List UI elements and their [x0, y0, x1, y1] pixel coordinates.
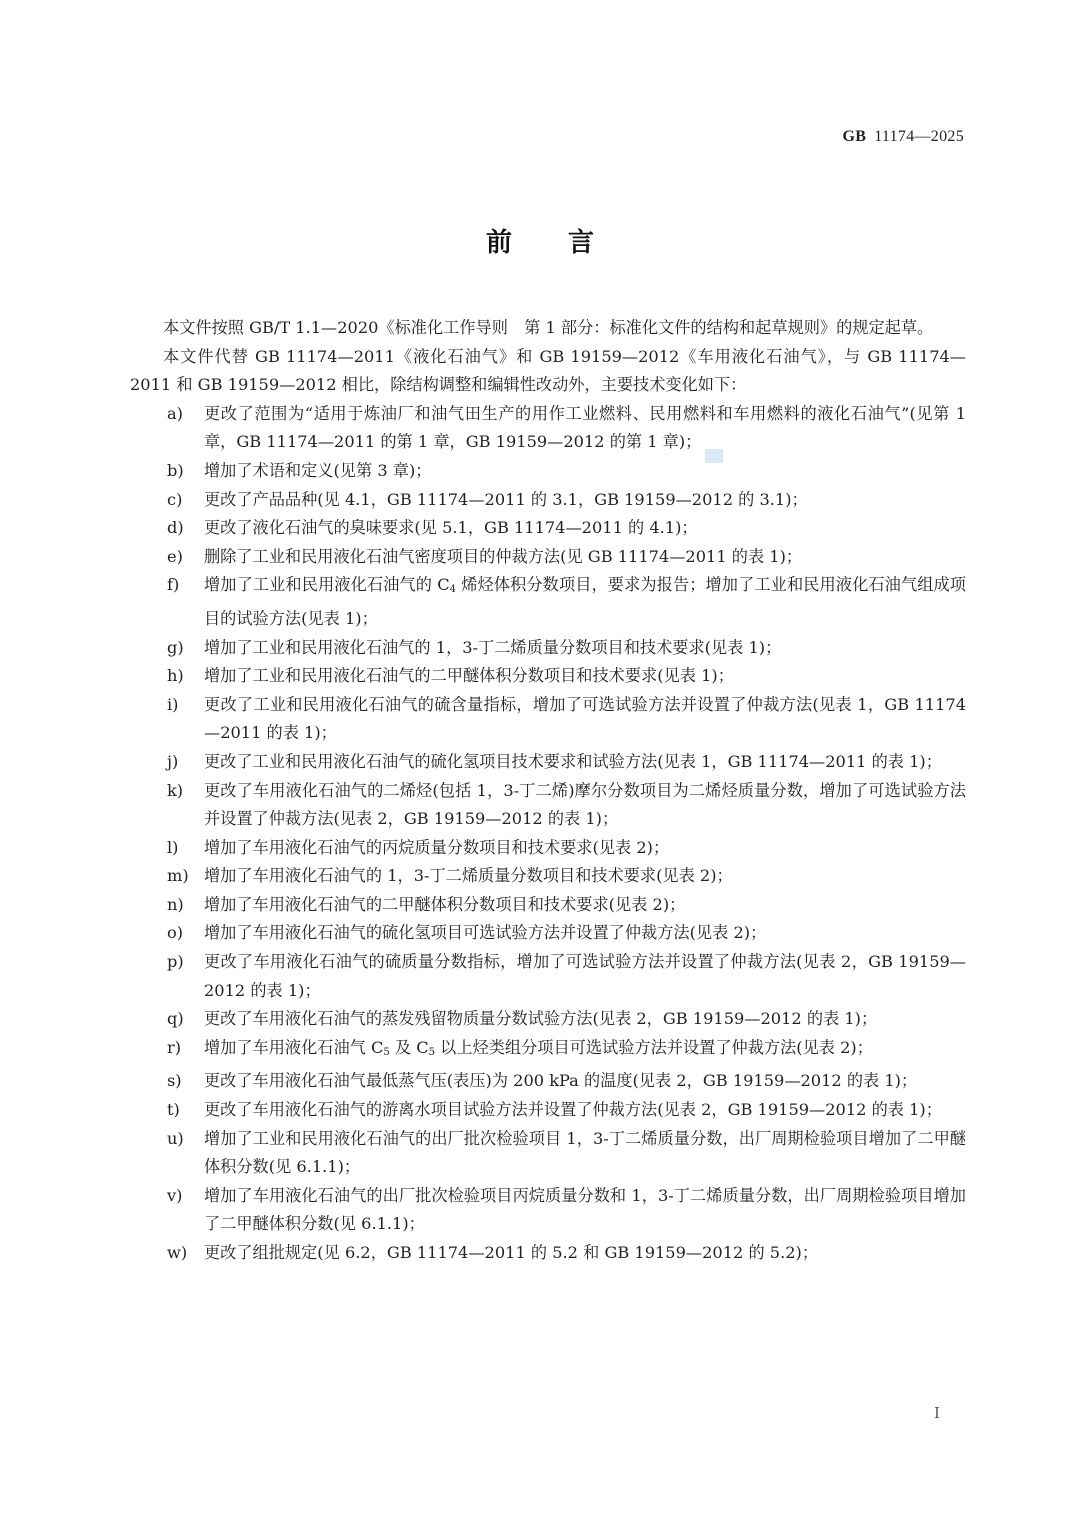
page-number: I [934, 1404, 940, 1422]
list-marker: d) [167, 514, 201, 543]
list-item-text: 增加了术语和定义(见第 3 章)； [204, 461, 431, 480]
list-item-text: 增加了车用液化石油气的出厂批次检验项目丙烷质量分数和 1，3-丁二烯质量分数，出… [204, 1186, 966, 1234]
list-marker: o) [167, 919, 201, 948]
list-item-text: 更改了车用液化石油气的硫质量分数指标，增加了可选试验方法并设置了仲裁方法(见表 … [204, 952, 966, 1000]
list-item-text: 增加了车用液化石油气的硫化氢项目可选试验方法并设置了仲裁方法(见表 2)； [204, 923, 766, 942]
list-item-text: 更改了车用液化石油气的游离水项目试验方法并设置了仲裁方法(见表 2，GB 191… [204, 1100, 942, 1119]
list-item-text: 更改了车用液化石油气最低蒸气压(表压)为 200 kPa 的温度(见表 2，GB… [204, 1071, 917, 1090]
list-marker: i) [167, 691, 201, 720]
list-item-text: 更改了液化石油气的臭味要求(见 5.1，GB 11174—2011 的 4.1)… [204, 518, 698, 537]
list-item: t)更改了车用液化石油气的游离水项目试验方法并设置了仲裁方法(见表 2，GB 1… [130, 1096, 966, 1125]
list-marker: q) [167, 1005, 201, 1034]
list-marker: k) [167, 777, 201, 806]
list-item: b)增加了术语和定义(见第 3 章)； [130, 457, 966, 486]
list-item: f)增加了工业和民用液化石油气的 C4 烯烃体积分数项目，要求为报告；增加了工业… [130, 571, 966, 633]
list-item: k)更改了车用液化石油气的二烯烃(包括 1，3-丁二烯)摩尔分数项目为二烯烃质量… [130, 777, 966, 834]
paragraph-drafting-rules: 本文件按照 GB/T 1.1—2020《标准化工作导则 第 1 部分：标准化文件… [130, 314, 966, 343]
list-marker: p) [167, 948, 201, 977]
standard-prefix: GB [842, 128, 866, 145]
list-marker: e) [167, 543, 201, 572]
list-item-text: 增加了车用液化石油气的 1，3-丁二烯质量分数项目和技术要求(见表 2)； [204, 866, 733, 885]
list-item: d)更改了液化石油气的臭味要求(见 5.1，GB 11174—2011 的 4.… [130, 514, 966, 543]
list-item: c)更改了产品品种(见 4.1，GB 11174—2011 的 3.1，GB 1… [130, 486, 966, 515]
list-marker: l) [167, 834, 201, 863]
list-item: p)更改了车用液化石油气的硫质量分数指标，增加了可选试验方法并设置了仲裁方法(见… [130, 948, 966, 1005]
list-item-text: 及 C [390, 1038, 429, 1057]
list-marker: b) [167, 457, 201, 486]
list-marker: f) [167, 571, 201, 600]
list-item-text: 增加了车用液化石油气的二甲醚体积分数项目和技术要求(见表 2)； [204, 895, 685, 914]
list-marker: t) [167, 1096, 201, 1125]
page-title: 前言 [0, 222, 1080, 259]
list-marker: w) [167, 1239, 201, 1268]
list-item: v)增加了车用液化石油气的出厂批次检验项目丙烷质量分数和 1，3-丁二烯质量分数… [130, 1182, 966, 1239]
list-item-text: 以上烃类组分项目可选试验方法并设置了仲裁方法(见表 2)； [435, 1038, 873, 1057]
list-item-text: 更改了范围为“适用于炼油厂和油气田生产的用作工业燃料、民用燃料和车用燃料的液化石… [204, 404, 966, 452]
standard-number: 11174—2025 [874, 128, 964, 145]
list-marker: r) [167, 1034, 201, 1063]
foreword-body: 本文件按照 GB/T 1.1—2020《标准化工作导则 第 1 部分：标准化文件… [130, 314, 966, 1268]
list-item: l)增加了车用液化石油气的丙烷质量分数项目和技术要求(见表 2)； [130, 834, 966, 863]
list-item: u)增加了工业和民用液化石油气的出厂批次检验项目 1，3-丁二烯质量分数，出厂周… [130, 1125, 966, 1182]
list-item-text: 增加了工业和民用液化石油气的出厂批次检验项目 1，3-丁二烯质量分数，出厂周期检… [204, 1129, 966, 1177]
list-marker: v) [167, 1182, 201, 1211]
list-item-text: 更改了产品品种(见 4.1，GB 11174—2011 的 3.1，GB 191… [204, 490, 808, 509]
list-item: j)更改了工业和民用液化石油气的硫化氢项目技术要求和试验方法(见表 1，GB 1… [130, 748, 966, 777]
list-item-text: 增加了工业和民用液化石油气的 1，3-丁二烯质量分数项目和技术要求(见表 1)； [204, 638, 781, 657]
list-marker: h) [167, 662, 201, 691]
list-marker: n) [167, 891, 201, 920]
list-marker: c) [167, 486, 201, 515]
list-item: q)更改了车用液化石油气的蒸发残留物质量分数试验方法(见表 2，GB 19159… [130, 1005, 966, 1034]
technical-changes-list: a)更改了范围为“适用于炼油厂和油气田生产的用作工业燃料、民用燃料和车用燃料的液… [130, 400, 966, 1268]
list-item: g)增加了工业和民用液化石油气的 1，3-丁二烯质量分数项目和技术要求(见表 1… [130, 634, 966, 663]
list-marker: s) [167, 1067, 201, 1096]
list-item-text: 更改了工业和民用液化石油气的硫含量指标，增加了可选试验方法并设置了仲裁方法(见表… [204, 695, 966, 743]
list-item-text: 更改了组批规定(见 6.2，GB 11174—2011 的 5.2 和 GB 1… [204, 1243, 818, 1262]
list-item: e)删除了工业和民用液化石油气密度项目的仲裁方法(见 GB 11174—2011… [130, 543, 966, 572]
list-item: h)增加了工业和民用液化石油气的二甲醚体积分数项目和技术要求(见表 1)； [130, 662, 966, 691]
list-item: s)更改了车用液化石油气最低蒸气压(表压)为 200 kPa 的温度(见表 2，… [130, 1067, 966, 1096]
list-item-text: 更改了车用液化石油气的蒸发残留物质量分数试验方法(见表 2，GB 19159—2… [204, 1009, 877, 1028]
paragraph-replacement-note: 本文件代替 GB 11174—2011《液化石油气》和 GB 19159—201… [130, 343, 966, 400]
list-item: w)更改了组批规定(见 6.2，GB 11174—2011 的 5.2 和 GB… [130, 1239, 966, 1268]
list-item-text: 删除了工业和民用液化石油气密度项目的仲裁方法(见 GB 11174—2011 的… [204, 547, 802, 566]
standard-code: GB11174—2025 [842, 128, 964, 146]
list-item: a)更改了范围为“适用于炼油厂和油气田生产的用作工业燃料、民用燃料和车用燃料的液… [130, 400, 966, 457]
list-item-text: 更改了工业和民用液化石油气的硫化氢项目技术要求和试验方法(见表 1，GB 111… [204, 752, 942, 771]
list-item: r)增加了车用液化石油气 C5 及 C5 以上烃类组分项目可选试验方法并设置了仲… [130, 1034, 966, 1068]
list-marker: u) [167, 1125, 201, 1154]
list-item-text: 增加了工业和民用液化石油气的二甲醚体积分数项目和技术要求(见表 1)； [204, 666, 734, 685]
list-item: m)增加了车用液化石油气的 1，3-丁二烯质量分数项目和技术要求(见表 2)； [130, 862, 966, 891]
list-item-text: 更改了车用液化石油气的二烯烃(包括 1，3-丁二烯)摩尔分数项目为二烯烃质量分数… [204, 781, 966, 829]
list-marker: m) [167, 862, 201, 891]
list-item: n)增加了车用液化石油气的二甲醚体积分数项目和技术要求(见表 2)； [130, 891, 966, 920]
list-item-text: 增加了车用液化石油气 C [204, 1038, 383, 1057]
list-item: i)更改了工业和民用液化石油气的硫含量指标，增加了可选试验方法并设置了仲裁方法(… [130, 691, 966, 748]
list-marker: a) [167, 400, 201, 429]
list-marker: g) [167, 634, 201, 663]
list-item-text: 增加了工业和民用液化石油气的 C [204, 575, 450, 594]
list-item: o)增加了车用液化石油气的硫化氢项目可选试验方法并设置了仲裁方法(见表 2)； [130, 919, 966, 948]
list-item-text: 增加了车用液化石油气的丙烷质量分数项目和技术要求(见表 2)； [204, 838, 669, 857]
list-marker: j) [167, 748, 201, 777]
